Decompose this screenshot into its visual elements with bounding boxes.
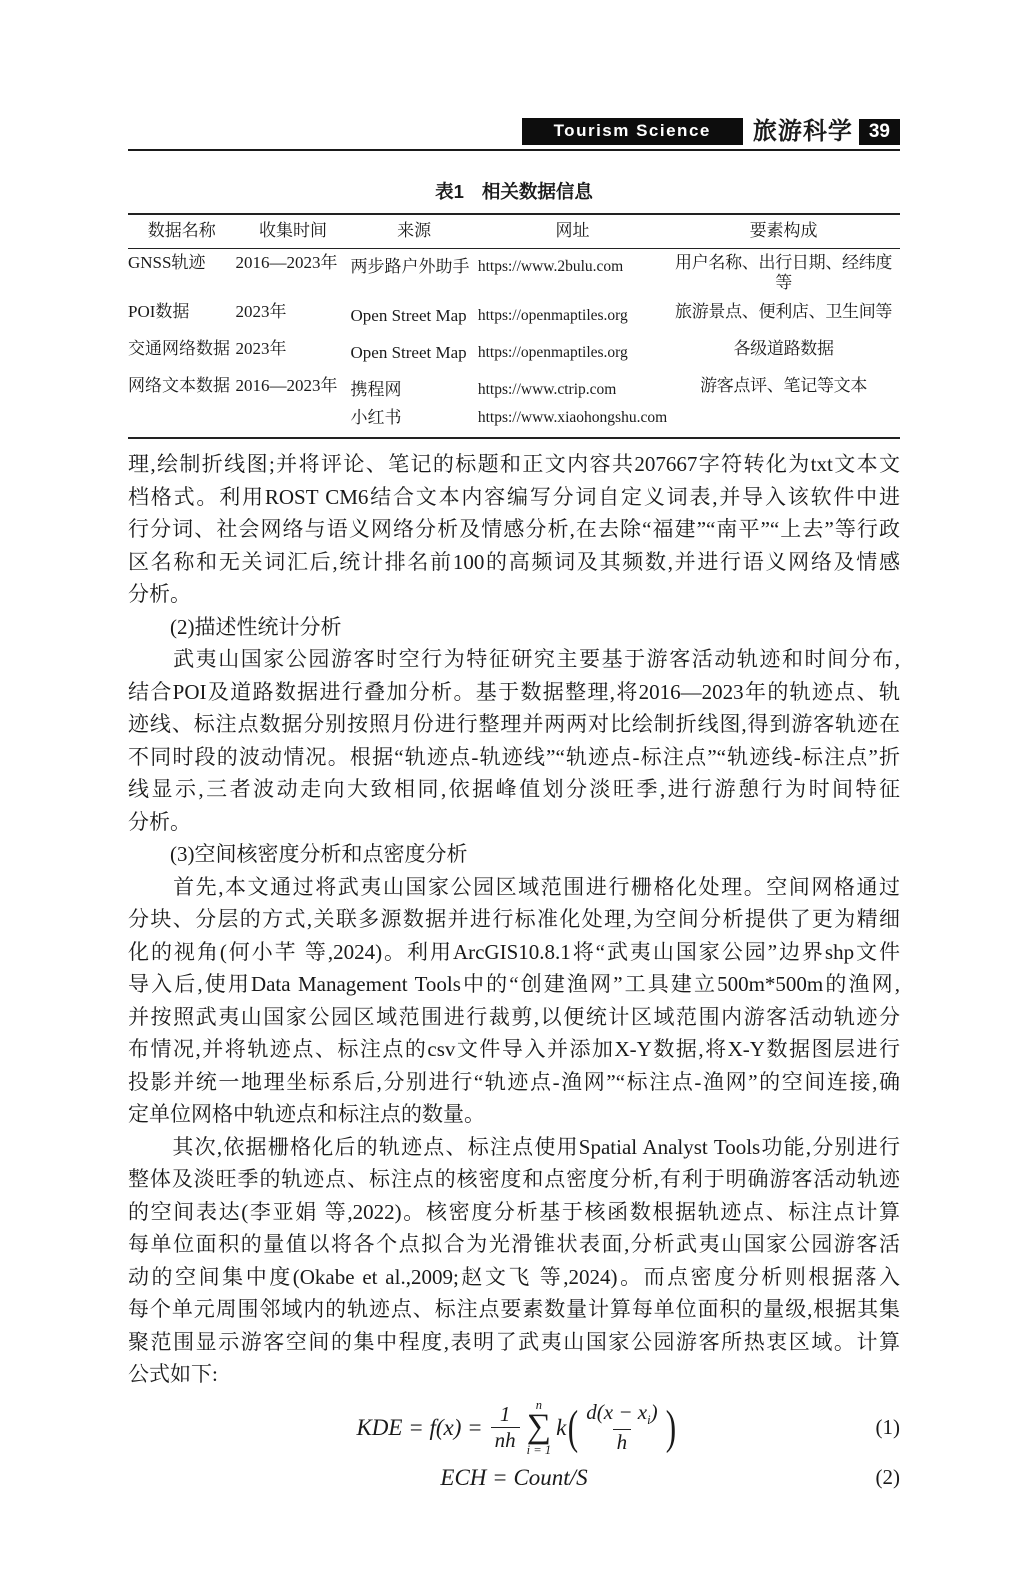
text-line: 动的空间集中度(Okabe et al.,2009;赵文飞 等,2024)。而点…	[128, 1261, 900, 1294]
right-paren: )	[665, 1404, 675, 1452]
text-line: 区名称和无关词汇后,统计排名前100的高频词及其频数,并进行语义网络及情感	[128, 546, 900, 579]
text-line: 公式如下:	[128, 1358, 900, 1391]
text-line: 整体及淡旺季的轨迹点、标注点的核密度和点密度分析,有利于明确游客活动轨迹	[128, 1163, 900, 1196]
cell-name: 交通网络数据	[128, 335, 235, 372]
cell-name: POI数据	[128, 298, 235, 335]
section-heading-3: (3)空间核密度分析和点密度分析	[128, 838, 900, 871]
text-line: 不同时段的波动情况。根据“轨迹点-轨迹线”“轨迹点-标注点”“轨迹线-标注点”折	[128, 741, 900, 774]
text-line: 聚范围显示游客空间的集中程度,表明了武夷山国家公园游客所热衷区域。计算	[128, 1326, 900, 1359]
text-line: 携程网	[351, 376, 478, 404]
paragraph-density-method: 其次,依据栅格化后的轨迹点、标注点使用Spatial Analyst Tools…	[128, 1131, 900, 1391]
section-heading-2: (2)描述性统计分析	[128, 611, 900, 644]
eq1-kernel: k	[556, 1415, 566, 1441]
equation-number-2: (2)	[876, 1465, 901, 1490]
text-line: 分块、分层的方式,关联多源数据并进行标准化处理,为空间分析提供了更为精细	[128, 903, 900, 936]
table-row: 网络文本数据 2016—2023年 携程网小红书 https://www.ctr…	[128, 372, 900, 438]
journal-page: Tourism Science 旅游科学 39 表1相关数据信息 数据名称 收集…	[0, 0, 1028, 1571]
text-line: https://www.2bulu.com	[478, 253, 667, 281]
text-line: https://openmaptiles.org	[478, 302, 667, 330]
cell-elements: 旅游景点、便利店、卫生间等	[667, 298, 900, 335]
body-text: 理,绘制折线图;并将评论、笔记的标题和正文内容共207667字符转化为txt文本…	[128, 448, 900, 1391]
equation-number-1: (1)	[876, 1415, 901, 1440]
text-line: 每单位面积的量值以将各个点拟合为光滑锥状表面,分析武夷山国家公园游客活	[128, 1228, 900, 1261]
cell-url: https://openmaptiles.org	[478, 298, 667, 335]
data-table: 数据名称 收集时间 来源 网址 要素构成 GNSS轨迹 2016—2023年 两…	[128, 213, 900, 439]
text-line: 其次,依据栅格化后的轨迹点、标注点使用Spatial Analyst Tools…	[128, 1131, 900, 1164]
eq1-fraction-2: d(x − xi) h	[582, 1400, 661, 1454]
text-line: 导入后,使用Data Management Tools中的“创建渔网”工具建立5…	[128, 968, 900, 1001]
text-line: 分析。	[128, 578, 900, 611]
text-line: 分析。	[128, 806, 900, 839]
table-header-row: 数据名称 收集时间 来源 网址 要素构成	[128, 214, 900, 249]
cell-elements: 游客点评、笔记等文本	[667, 372, 900, 438]
equation-2: ECH = Count/S (2)	[128, 1463, 900, 1493]
text-line: 两步路户外助手	[351, 253, 478, 281]
text-line: 投影并统一地理坐标系后,分别进行“轨迹点-渔网”“标注点-渔网”的空间连接,确	[128, 1066, 900, 1099]
header-rule	[128, 149, 900, 151]
cell-source: 两步路户外助手	[351, 249, 478, 299]
cell-name: GNSS轨迹	[128, 249, 235, 299]
journal-header: Tourism Science 旅游科学 39	[128, 118, 900, 145]
cell-time: 2016—2023年	[235, 372, 350, 438]
left-paren: (	[568, 1404, 578, 1452]
text-line: 迹线、标注点数据分别按照月份进行整理并两两对比绘制折线图,得到游客轨迹在	[128, 708, 900, 741]
text-line: 理,绘制折线图;并将评论、笔记的标题和正文内容共207667字符转化为txt文本…	[128, 448, 900, 481]
column-header-time: 收集时间	[235, 214, 350, 249]
column-header-elements: 要素构成	[667, 214, 900, 249]
cell-source: Open Street Map	[351, 335, 478, 372]
cell-url: https://www.2bulu.com	[478, 249, 667, 299]
journal-title-cn: 旅游科学	[753, 119, 853, 145]
cell-elements: 用户名称、出行日期、经纬度等	[667, 249, 900, 299]
text-line: 小红书	[351, 404, 478, 432]
cell-time: 2023年	[235, 335, 350, 372]
text-line: (3)空间核密度分析和点密度分析	[128, 838, 900, 871]
table-row: GNSS轨迹 2016—2023年 两步路户外助手 https://www.2b…	[128, 249, 900, 299]
page-number: 39	[859, 119, 900, 145]
text-line: 定单位网格中轨迹点和标注点的数量。	[128, 1098, 900, 1131]
column-header-url: 网址	[478, 214, 667, 249]
text-line: https://www.ctrip.com	[478, 376, 667, 404]
column-header-source: 来源	[351, 214, 478, 249]
cell-url: https://www.ctrip.comhttps://www.xiaohon…	[478, 372, 667, 438]
text-line: https://openmaptiles.org	[478, 339, 667, 367]
table-row: 交通网络数据 2023年 Open Street Map https://ope…	[128, 335, 900, 372]
text-line: 首先,本文通过将武夷山国家公园区域范围进行栅格化处理。空间网格通过	[128, 871, 900, 904]
text-line: 武夷山国家公园游客时空行为特征研究主要基于游客活动轨迹和时间分布,	[128, 643, 900, 676]
eq2-lhs: ECH = Count/S	[440, 1465, 587, 1491]
eq1-lhs: KDE = f(x) =	[356, 1415, 482, 1441]
table-caption-label: 表1	[435, 181, 464, 202]
column-header-name: 数据名称	[128, 214, 235, 249]
cell-name: 网络文本数据	[128, 372, 235, 438]
cell-source: 携程网小红书	[351, 372, 478, 438]
cell-time: 2016—2023年	[235, 249, 350, 299]
table-caption: 表1相关数据信息	[128, 178, 900, 204]
eq1-fraction-1: 1 nh	[491, 1402, 520, 1453]
text-line: 线显示,三者波动走向大致相同,依据峰值划分淡旺季,进行游憩行为时间特征	[128, 773, 900, 806]
table-caption-title: 相关数据信息	[482, 181, 593, 202]
summation-symbol: n ∑ i = 1	[527, 1398, 551, 1457]
text-line: 档格式。利用ROST CM6结合文本内容编写分词自定义词表,并导入该软件中进	[128, 481, 900, 514]
text-line: Open Street Map	[351, 302, 478, 330]
paragraph-descriptive-stats: 武夷山国家公园游客时空行为特征研究主要基于游客活动轨迹和时间分布,结合POI及道…	[128, 643, 900, 838]
cell-time: 2023年	[235, 298, 350, 335]
text-line: 化的视角(何小芊 等,2024)。利用ArcGIS10.8.1将“武夷山国家公园…	[128, 936, 900, 969]
text-line: 布情况,并将轨迹点、标注点的csv文件导入并添加X-Y数据,将X-Y数据图层进行	[128, 1033, 900, 1066]
text-line: https://www.xiaohongshu.com	[478, 404, 667, 432]
cell-elements: 各级道路数据	[667, 335, 900, 372]
table-row: POI数据 2023年 Open Street Map https://open…	[128, 298, 900, 335]
text-line: 行分词、社会网络与语义网络分析及情感分析,在去除“福建”“南平”“上去”等行政	[128, 513, 900, 546]
journal-title-en: Tourism Science	[522, 118, 743, 145]
paragraph-continuation: 理,绘制折线图;并将评论、笔记的标题和正文内容共207667字符转化为txt文本…	[128, 448, 900, 611]
text-line: Open Street Map	[351, 339, 478, 367]
text-line: 并按照武夷山国家公园区域范围进行裁剪,以便统计区域范围内游客活动轨迹分	[128, 1001, 900, 1034]
text-line: 每个单元周围邻域内的轨迹点、标注点要素数量计算每单位面积的量级,根据其集	[128, 1293, 900, 1326]
cell-source: Open Street Map	[351, 298, 478, 335]
page-content: Tourism Science 旅游科学 39 表1相关数据信息 数据名称 收集…	[128, 0, 900, 1493]
text-line: 结合POI及道路数据进行叠加分析。基于数据整理,将2016—2023年的轨迹点、…	[128, 676, 900, 709]
equation-1: KDE = f(x) = 1 nh n ∑ i = 1 k ( d(x − xi…	[128, 1399, 900, 1457]
paragraph-grid-method: 首先,本文通过将武夷山国家公园区域范围进行栅格化处理。空间网格通过分块、分层的方…	[128, 871, 900, 1131]
cell-url: https://openmaptiles.org	[478, 335, 667, 372]
text-line: (2)描述性统计分析	[128, 611, 900, 644]
text-line: 的空间表达(李亚娟 等,2022)。核密度分析基于核函数根据轨迹点、标注点计算	[128, 1196, 900, 1229]
